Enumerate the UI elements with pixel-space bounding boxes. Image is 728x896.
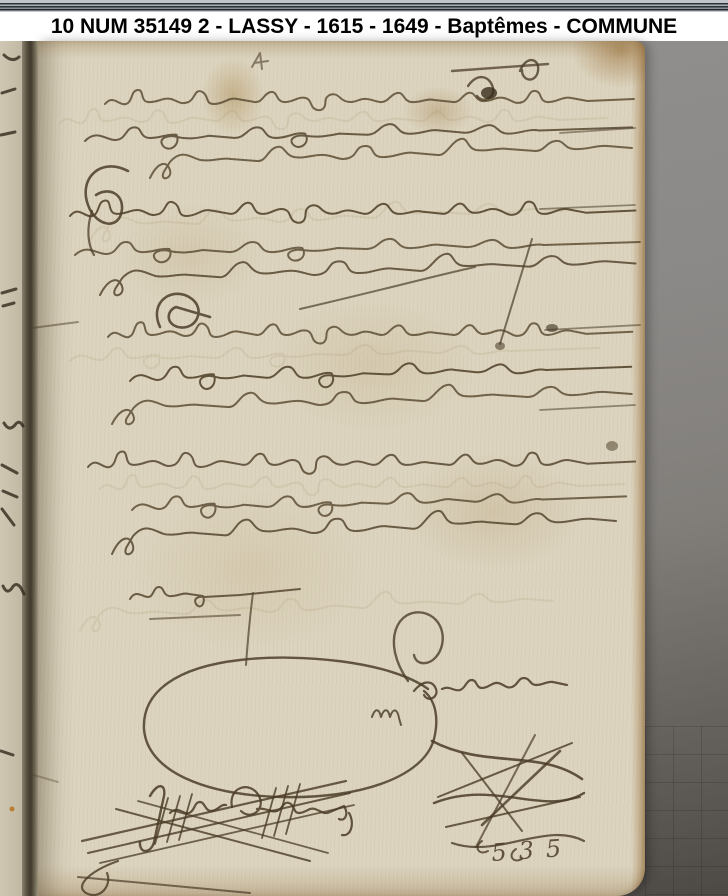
manuscript-image[interactable]: 535 bbox=[0, 41, 728, 896]
flourish-strokes bbox=[30, 53, 640, 782]
flourish-oval bbox=[144, 612, 443, 797]
signature-right bbox=[372, 678, 584, 860]
signature-left bbox=[78, 781, 354, 895]
screenshot-root: 10 NUM 35149 2 - LASSY - 1615 - 1649 - B… bbox=[0, 0, 728, 896]
image-title: 10 NUM 35149 2 - LASSY - 1615 - 1649 - B… bbox=[51, 15, 677, 39]
window-top-border bbox=[0, 0, 728, 12]
handwriting-layer: 535 bbox=[0, 41, 728, 896]
folio-number: 535 bbox=[490, 833, 574, 867]
image-title-bar: 10 NUM 35149 2 - LASSY - 1615 - 1649 - B… bbox=[0, 12, 728, 41]
ink-blots bbox=[10, 87, 619, 812]
facing-page-ink-marks bbox=[1, 55, 24, 755]
